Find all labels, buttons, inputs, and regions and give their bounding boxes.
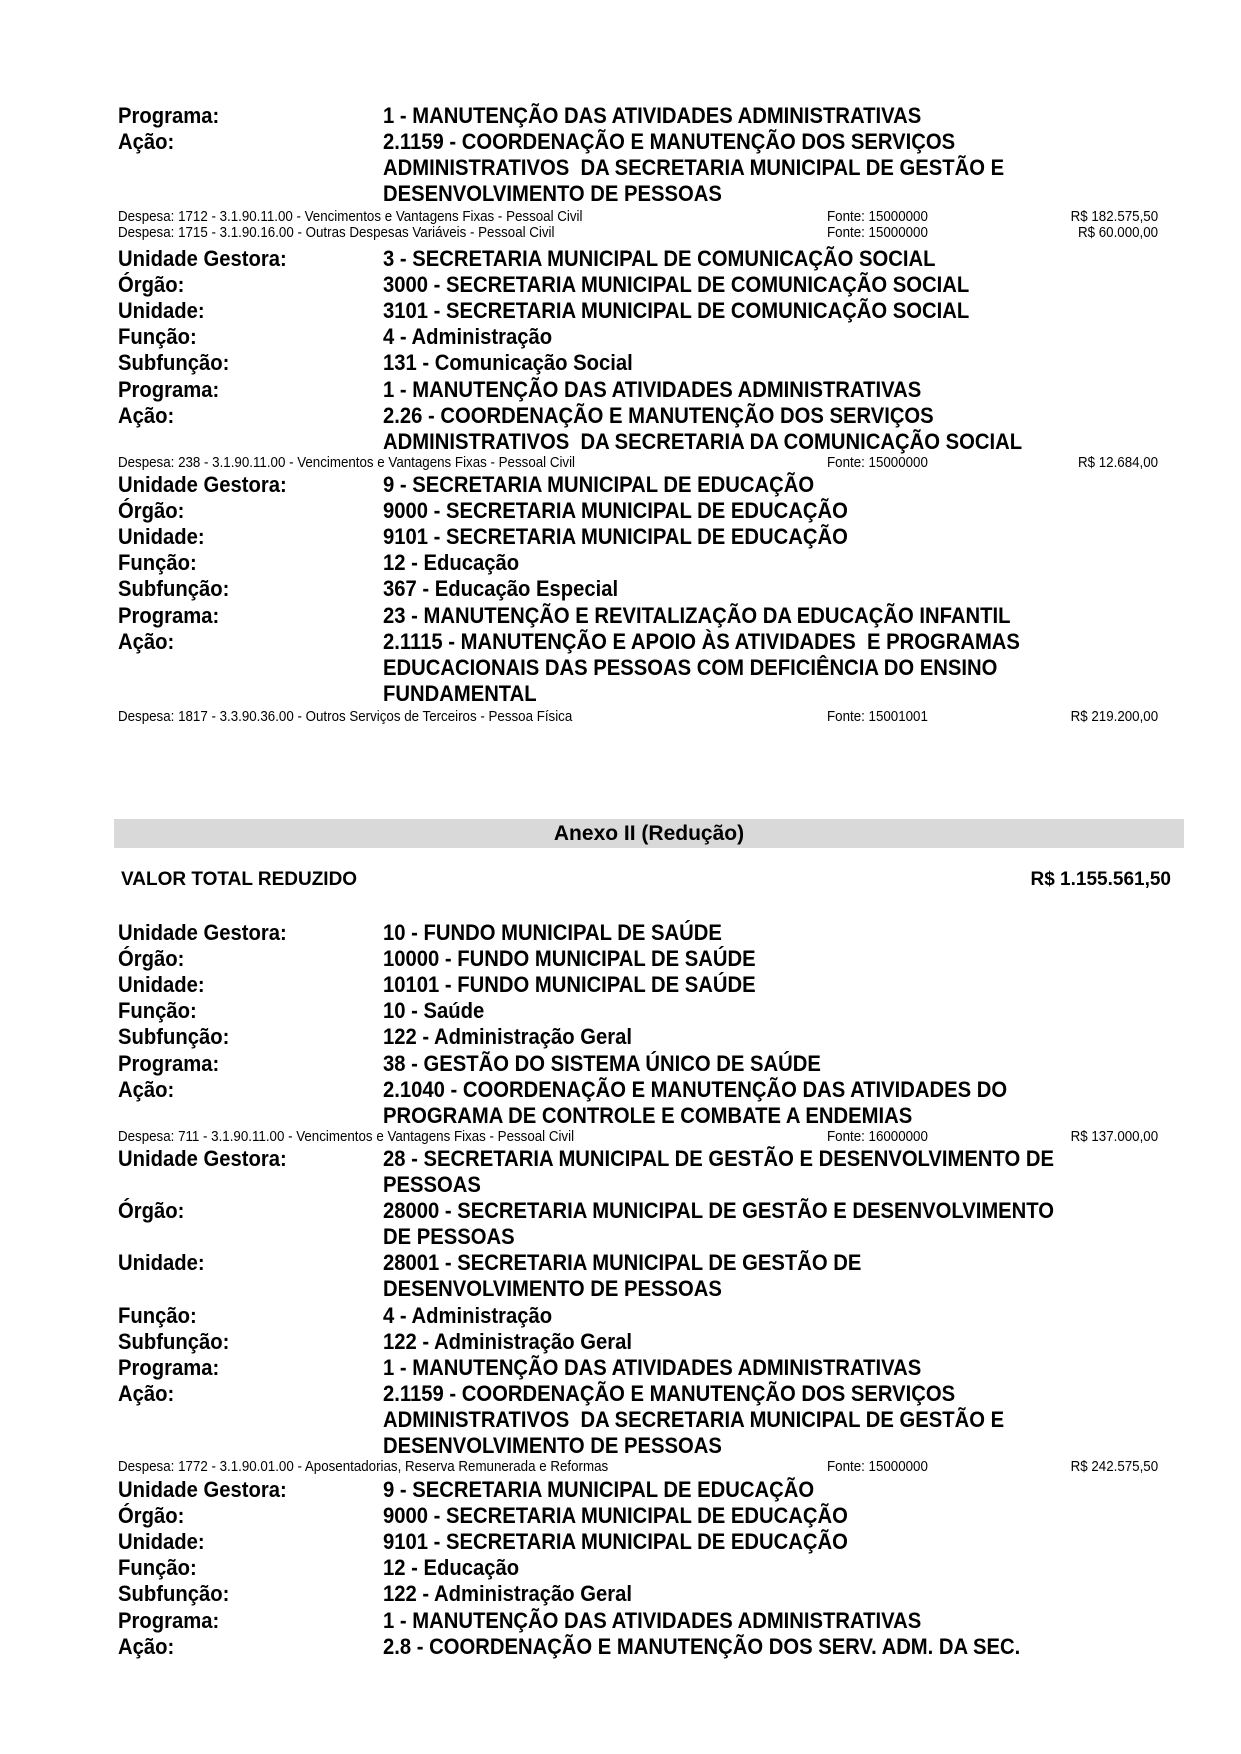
field-value: 3101 - SECRETARIA MUNICIPAL DE COMUNICAÇ…: [383, 298, 1174, 324]
field-value: 2.1159 - COORDENAÇÃO E MANUTENÇÃO DOS SE…: [383, 129, 1174, 207]
field-value: 28001 - SECRETARIA MUNICIPAL DE GESTÃO D…: [383, 1250, 1174, 1302]
field-label: Órgão:: [118, 1503, 184, 1529]
field-value: 122 - Administração Geral: [383, 1329, 1174, 1355]
despesa-row: Despesa: 238 - 3.1.90.11.00 - Vencimento…: [118, 454, 1158, 472]
field-label: Unidade:: [118, 524, 205, 550]
field-label: Programa:: [118, 103, 219, 129]
field-value: 2.1040 - COORDENAÇÃO E MANUTENÇÃO DAS AT…: [383, 1077, 1174, 1129]
field-label: Ação:: [118, 1077, 174, 1103]
field-value: 9000 - SECRETARIA MUNICIPAL DE EDUCAÇÃO: [383, 498, 1174, 524]
field-label: Função:: [118, 1303, 197, 1329]
despesa-description: Despesa: 1772 - 3.1.90.01.00 - Aposentad…: [118, 1458, 608, 1476]
field-label: Órgão:: [118, 946, 184, 972]
field-label: Órgão:: [118, 498, 184, 524]
field-value: 131 - Comunicação Social: [383, 350, 1174, 376]
field-label: Subfunção:: [118, 1329, 229, 1355]
field-label: Programa:: [118, 1051, 219, 1077]
despesa-fonte: Fonte: 15000000: [827, 224, 928, 242]
field-label: Unidade:: [118, 1529, 205, 1555]
field-value: 9000 - SECRETARIA MUNICIPAL DE EDUCAÇÃO: [383, 1503, 1174, 1529]
field-label: Ação:: [118, 129, 174, 155]
field-label: Órgão:: [118, 1198, 184, 1224]
field-label: Subfunção:: [118, 350, 229, 376]
field-label: Programa:: [118, 377, 219, 403]
field-value: 367 - Educação Especial: [383, 576, 1174, 602]
field-value: 12 - Educação: [383, 1555, 1174, 1581]
field-label: Função:: [118, 998, 197, 1024]
field-value: 28000 - SECRETARIA MUNICIPAL DE GESTÃO E…: [383, 1198, 1174, 1250]
total-value: R$ 1.155.561,50: [1030, 868, 1171, 892]
field-label: Unidade Gestora:: [118, 472, 287, 498]
despesa-valor: R$ 242.575,50: [1070, 1458, 1158, 1476]
despesa-fonte: Fonte: 15000000: [827, 1458, 928, 1476]
field-value: 9 - SECRETARIA MUNICIPAL DE EDUCAÇÃO: [383, 472, 1174, 498]
despesa-row: Despesa: 1715 - 3.1.90.16.00 - Outras De…: [118, 224, 1158, 242]
field-value: 2.1115 - MANUTENÇÃO E APOIO ÀS ATIVIDADE…: [383, 629, 1174, 707]
field-value: 3000 - SECRETARIA MUNICIPAL DE COMUNICAÇ…: [383, 272, 1174, 298]
field-label: Ação:: [118, 1381, 174, 1407]
field-value: 10 - Saúde: [383, 998, 1174, 1024]
field-label: Programa:: [118, 603, 219, 629]
field-label: Subfunção:: [118, 1024, 229, 1050]
field-label: Órgão:: [118, 272, 184, 298]
field-label: Ação:: [118, 629, 174, 655]
field-value: 10101 - FUNDO MUNICIPAL DE SAÚDE: [383, 972, 1174, 998]
anexo-title: Anexo II (Redução): [114, 819, 1184, 848]
field-value: 2.8 - COORDENAÇÃO E MANUTENÇÃO DOS SERV.…: [383, 1634, 1174, 1660]
field-label: Subfunção:: [118, 1581, 229, 1607]
field-label: Programa:: [118, 1608, 219, 1634]
field-value: 122 - Administração Geral: [383, 1024, 1174, 1050]
field-value: 4 - Administração: [383, 1303, 1174, 1329]
field-label: Ação:: [118, 403, 174, 429]
despesa-valor: R$ 12.684,00: [1078, 454, 1158, 472]
field-label: Unidade:: [118, 298, 205, 324]
despesa-fonte: Fonte: 16000000: [827, 1128, 928, 1146]
field-value: 38 - GESTÃO DO SISTEMA ÚNICO DE SAÚDE: [383, 1051, 1174, 1077]
despesa-row: Despesa: 1817 - 3.3.90.36.00 - Outros Se…: [118, 708, 1158, 726]
despesa-valor: R$ 60.000,00: [1078, 224, 1158, 242]
field-label: Função:: [118, 1555, 197, 1581]
field-label: Unidade:: [118, 1250, 205, 1276]
field-value: 1 - MANUTENÇÃO DAS ATIVIDADES ADMINISTRA…: [383, 103, 1174, 129]
field-value: 9 - SECRETARIA MUNICIPAL DE EDUCAÇÃO: [383, 1477, 1174, 1503]
field-value: 2.1159 - COORDENAÇÃO E MANUTENÇÃO DOS SE…: [383, 1381, 1174, 1459]
anexo-header-band: Anexo II (Redução): [114, 819, 1184, 848]
field-value: 23 - MANUTENÇÃO E REVITALIZAÇÃO DA EDUCA…: [383, 603, 1174, 629]
despesa-row: Despesa: 711 - 3.1.90.11.00 - Vencimento…: [118, 1128, 1158, 1146]
field-label: Função:: [118, 550, 197, 576]
despesa-description: Despesa: 238 - 3.1.90.11.00 - Vencimento…: [118, 454, 575, 472]
field-value: 28 - SECRETARIA MUNICIPAL DE GESTÃO E DE…: [383, 1146, 1174, 1198]
field-value: 3 - SECRETARIA MUNICIPAL DE COMUNICAÇÃO …: [383, 246, 1174, 272]
field-label: Unidade Gestora:: [118, 246, 287, 272]
despesa-valor: R$ 137.000,00: [1070, 1128, 1158, 1146]
field-value: 9101 - SECRETARIA MUNICIPAL DE EDUCAÇÃO: [383, 1529, 1174, 1555]
field-value: 10000 - FUNDO MUNICIPAL DE SAÚDE: [383, 946, 1174, 972]
field-value: 1 - MANUTENÇÃO DAS ATIVIDADES ADMINISTRA…: [383, 1608, 1174, 1634]
despesa-description: Despesa: 711 - 3.1.90.11.00 - Vencimento…: [118, 1128, 574, 1146]
field-value: 4 - Administração: [383, 324, 1174, 350]
field-value: 12 - Educação: [383, 550, 1174, 576]
total-label: VALOR TOTAL REDUZIDO: [121, 868, 357, 892]
field-label: Unidade Gestora:: [118, 920, 287, 946]
field-label: Programa:: [118, 1355, 219, 1381]
field-value: 10 - FUNDO MUNICIPAL DE SAÚDE: [383, 920, 1174, 946]
field-label: Ação:: [118, 1634, 174, 1660]
field-value: 1 - MANUTENÇÃO DAS ATIVIDADES ADMINISTRA…: [383, 1355, 1174, 1381]
field-label: Unidade:: [118, 972, 205, 998]
field-label: Unidade Gestora:: [118, 1146, 287, 1172]
field-label: Função:: [118, 324, 197, 350]
field-value: 1 - MANUTENÇÃO DAS ATIVIDADES ADMINISTRA…: [383, 377, 1174, 403]
despesa-fonte: Fonte: 15001001: [827, 708, 928, 726]
field-value: 9101 - SECRETARIA MUNICIPAL DE EDUCAÇÃO: [383, 524, 1174, 550]
despesa-description: Despesa: 1817 - 3.3.90.36.00 - Outros Se…: [118, 708, 572, 726]
field-value: 2.26 - COORDENAÇÃO E MANUTENÇÃO DOS SERV…: [383, 403, 1174, 455]
despesa-row: Despesa: 1772 - 3.1.90.01.00 - Aposentad…: [118, 1458, 1158, 1476]
field-value: 122 - Administração Geral: [383, 1581, 1174, 1607]
field-label: Unidade Gestora:: [118, 1477, 287, 1503]
despesa-valor: R$ 219.200,00: [1070, 708, 1158, 726]
field-label: Subfunção:: [118, 576, 229, 602]
despesa-fonte: Fonte: 15000000: [827, 454, 928, 472]
despesa-description: Despesa: 1715 - 3.1.90.16.00 - Outras De…: [118, 224, 554, 242]
